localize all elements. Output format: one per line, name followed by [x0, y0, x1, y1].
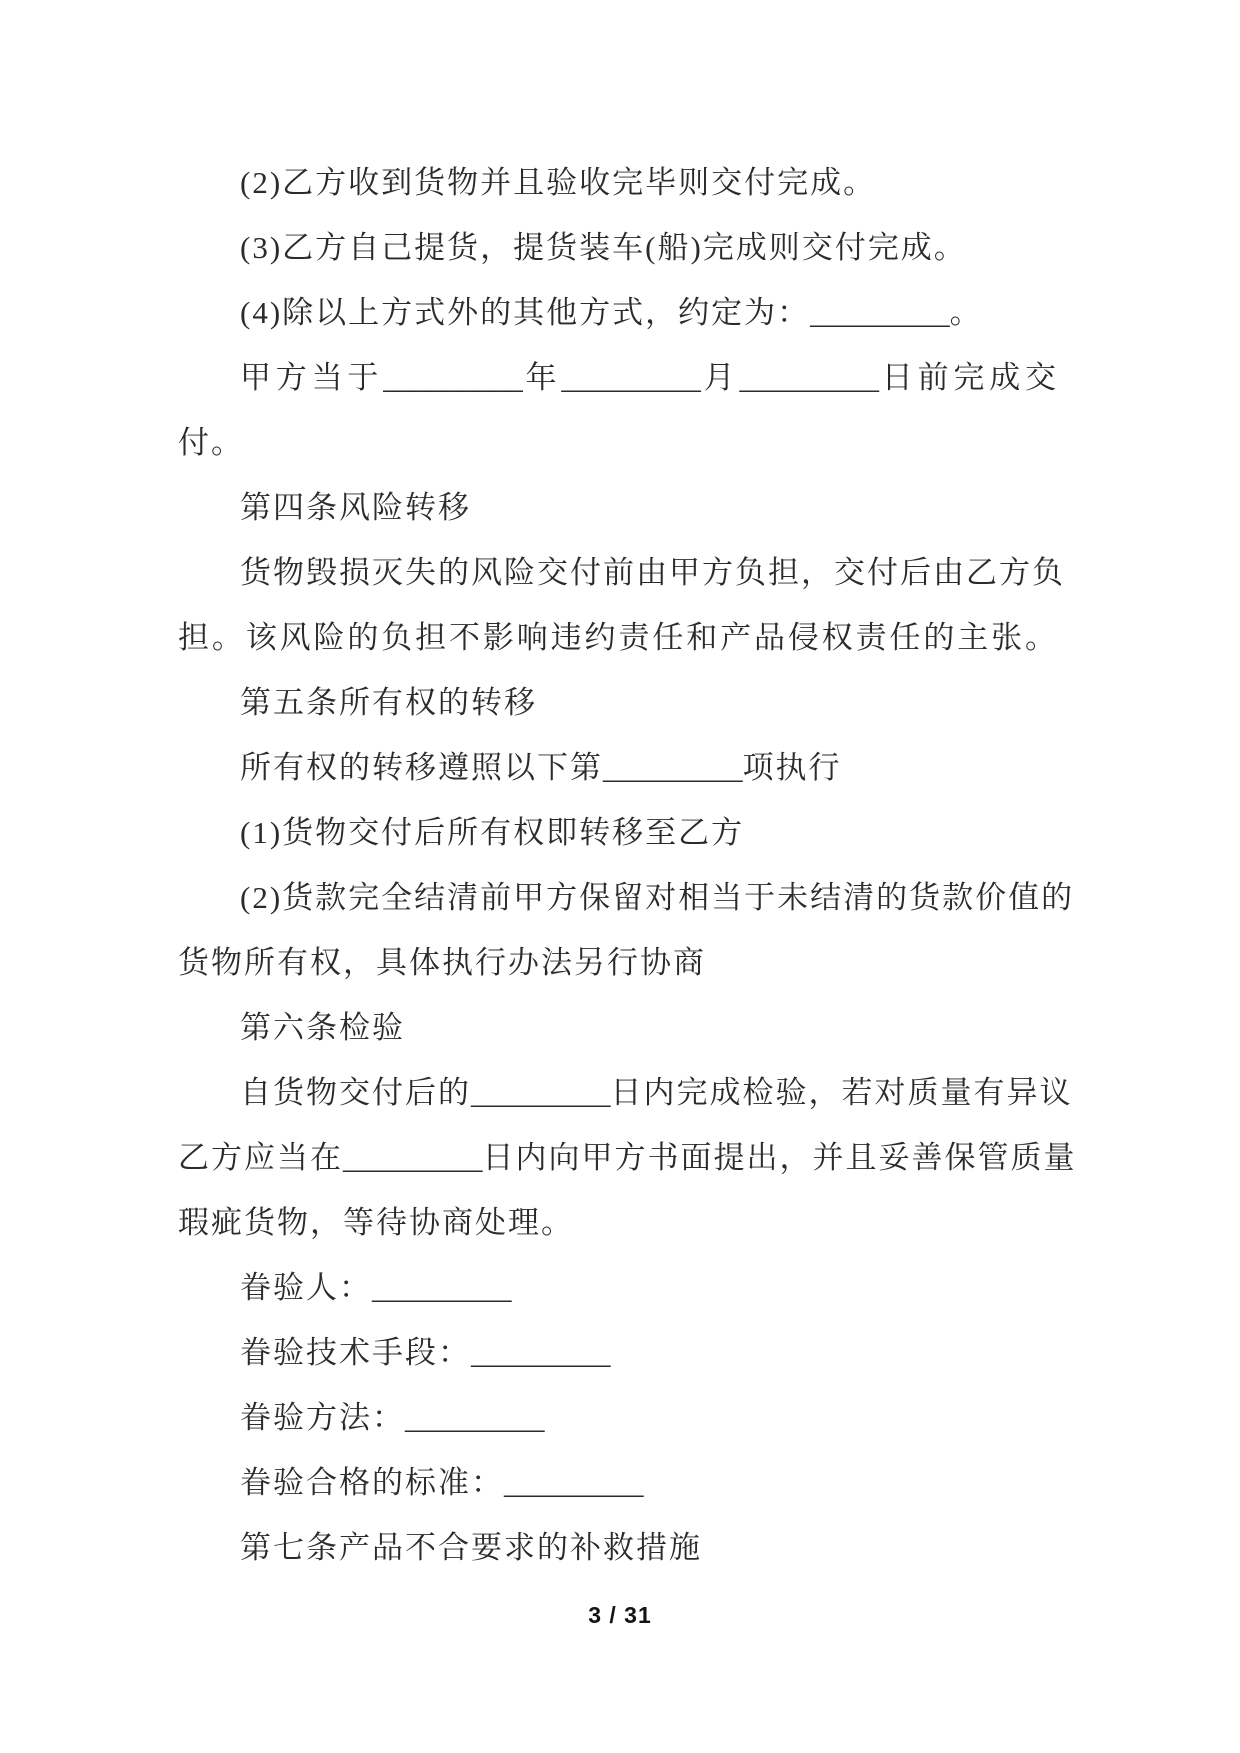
page-number: 3 / 31: [0, 1598, 1240, 1632]
blank-field: _________: [372, 1270, 512, 1305]
text-line: 第五条所有权的转移: [178, 670, 1058, 735]
text-line: 眷验方法：_________: [178, 1385, 1058, 1450]
text-line: 甲方当于_________年_________月_________日前完成交: [178, 345, 1058, 410]
text-line: 第七条产品不合要求的补救措施: [178, 1515, 1058, 1580]
text-line: (3)乙方自己提货，提货装车(船)完成则交付完成。: [178, 215, 1058, 280]
blank-field: _________: [739, 360, 879, 395]
text-line: 自货物交付后的_________日内完成检验，若对质量有异议: [178, 1060, 1058, 1125]
text-line: (1)货物交付后所有权即转移至乙方: [178, 800, 1058, 865]
text-line: 货物毁损灭失的风险交付前由甲方负担，交付后由乙方负: [178, 540, 1058, 605]
blank-field: _________: [561, 360, 701, 395]
blank-field: _________: [603, 750, 743, 785]
text-line: 眷验合格的标准：_________: [178, 1450, 1058, 1515]
text-line: (2)货款完全结清前甲方保留对相当于未结清的货款价值的: [178, 865, 1058, 930]
text-line: 担。该风险的负担不影响违约责任和产品侵权责任的主张。: [178, 605, 1058, 670]
text-line: 货物所有权，具体执行办法另行协商: [178, 930, 1058, 995]
blank-field: _________: [504, 1465, 644, 1500]
text-line: 眷验人：_________: [178, 1255, 1058, 1320]
blank-field: _________: [405, 1400, 545, 1435]
text-line: 乙方应当在_________日内向甲方书面提出，并且妥善保管质量: [178, 1125, 1058, 1190]
text-line: 第六条检验: [178, 995, 1058, 1060]
text-line: 眷验技术手段：_________: [178, 1320, 1058, 1385]
text-line: (4)除以上方式外的其他方式，约定为：_________。: [178, 280, 1058, 345]
document-body: (2)乙方收到货物并且验收完毕则交付完成。(3)乙方自己提货，提货装车(船)完成…: [178, 150, 1058, 1580]
text-line: 瑕疵货物，等待协商处理。: [178, 1190, 1058, 1255]
blank-field: _________: [810, 295, 950, 330]
text-line: (2)乙方收到货物并且验收完毕则交付完成。: [178, 150, 1058, 215]
blank-field: _________: [471, 1335, 611, 1370]
blank-field: _________: [383, 360, 523, 395]
text-line: 所有权的转移遵照以下第_________项执行: [178, 735, 1058, 800]
text-line: 第四条风险转移: [178, 475, 1058, 540]
blank-field: _________: [471, 1075, 611, 1110]
text-line: 付。: [178, 410, 1058, 475]
blank-field: _________: [343, 1140, 483, 1175]
document-page: (2)乙方收到货物并且验收完毕则交付完成。(3)乙方自己提货，提货装车(船)完成…: [0, 0, 1240, 1753]
